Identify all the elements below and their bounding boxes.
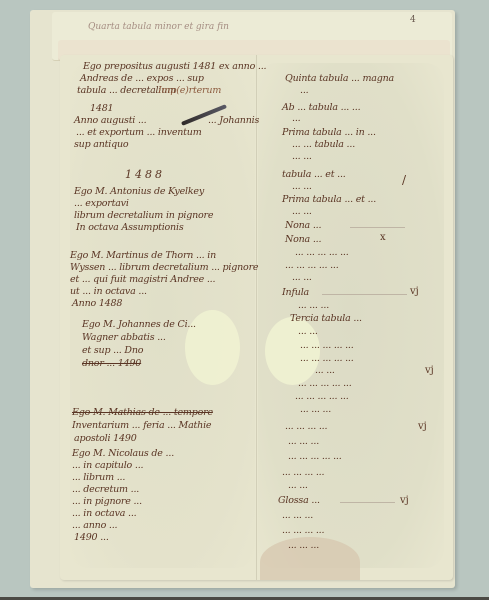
text-line: dnor ... 1490 <box>82 358 141 369</box>
text-line: Anno augusti ... <box>74 115 146 126</box>
text-line: Ab ... tabula ... ... <box>282 102 360 113</box>
text-line: Infula <box>282 287 309 298</box>
text-line: ... ... ... ... ... <box>288 451 342 462</box>
text-line: tabula ... et ... <box>282 169 346 180</box>
text-line: Andreas de ... expos ... sup <box>80 73 204 84</box>
text-line: ... ... ... <box>300 404 331 415</box>
fold-line <box>256 55 257 580</box>
text-line: Ego M. Mathias de ... tempore <box>72 407 213 418</box>
text-line: ... ... ... <box>288 436 319 447</box>
text-line: ... librum ... <box>72 472 125 483</box>
tally-mark: vj <box>418 421 427 432</box>
text-line: ... anno ... <box>72 520 117 531</box>
text-line: Ego prepositus augusti 1481 ex anno ... <box>83 61 266 72</box>
text-line: ... ... <box>292 151 312 162</box>
text-line: ... ... <box>288 480 308 491</box>
text-line: ... ... ... <box>288 540 319 551</box>
text-line: Prima tabula ... et ... <box>282 194 376 205</box>
text-line: ... in octava ... <box>72 508 137 519</box>
text-line: Quinta tabula ... magna <box>285 73 394 84</box>
text-line: Ego M. Antonius de Kyelkey <box>74 186 204 197</box>
text-line: Anno 1488 <box>72 298 122 309</box>
text-line: apostoli 1490 <box>74 433 137 444</box>
text-line: Ego M. Martinus de Thorn ... in <box>70 250 216 261</box>
folio-number: 4 <box>410 15 416 25</box>
text-line: ... ... ... ... ... <box>285 260 339 271</box>
text-line: Prima tabula ... in ... <box>282 127 376 138</box>
text-line: ... ... ... <box>282 510 313 521</box>
text-line: sup antiquo <box>74 139 128 150</box>
text-line: Wyssen ... librum decretalium ... pignor… <box>70 262 258 273</box>
text-line: ... ... ... ... ... <box>300 340 354 351</box>
text-line: Wagner abbatis ... <box>82 332 166 343</box>
ruled-line <box>322 294 407 295</box>
text-line: et ... qui fuit magistri Andree ... <box>70 274 215 285</box>
text-line: ... ... ... ... ... <box>298 378 352 389</box>
text-line: ... ... ... ... <box>282 525 324 536</box>
year-heading: 1488 <box>125 168 165 181</box>
text-line: Ego M. Johannes de Ci... <box>82 319 196 330</box>
text-line: ... in pignore ... <box>72 496 142 507</box>
text-line: ... ... ... ... ... <box>295 247 349 258</box>
text-line: 1490 ... <box>74 532 109 543</box>
text-line: ... exportavi <box>74 198 129 209</box>
tally-mark: vj <box>410 286 419 297</box>
tally-mark: / <box>402 173 406 187</box>
annotation: Imp(e)rterum <box>158 85 221 96</box>
ruled-line <box>350 227 405 228</box>
text-line: Nona ... <box>285 234 321 245</box>
text-line: Nona ... <box>285 220 321 231</box>
text-line: ... ... <box>292 181 312 192</box>
text-line: Glossa ... <box>278 495 320 506</box>
text-line: librum decretalium in pignore <box>74 210 213 221</box>
text-line: Tercia tabula ... <box>290 313 362 324</box>
text-line: ... ... <box>292 206 312 217</box>
text-line: ... ... ... ... <box>285 421 327 432</box>
tally-mark: vj <box>400 495 409 506</box>
tally-mark: vj <box>425 365 434 376</box>
text-line: et sup ... Dno <box>82 345 143 356</box>
text-line: ... ... ... ... ... <box>295 391 349 402</box>
text-line: ... decretum ... <box>72 484 139 495</box>
text-line: ... ... <box>292 272 312 283</box>
text-line: ... ... ... ... <box>282 467 324 478</box>
text-line: 1481 <box>90 103 113 114</box>
text-line: ... ... ... ... ... <box>300 353 354 364</box>
manuscript-folio: Ego prepositus augusti 1481 ex anno ... … <box>60 55 453 580</box>
underlying-folio-header: Quarta tabula minor et gira fin <box>88 22 229 32</box>
text-line: In octava Assumptionis <box>76 222 184 233</box>
text-line: ... Johannis <box>208 115 259 126</box>
text-line: ut ... in octava ... <box>70 286 147 297</box>
text-line: Inventarium ... feria ... Mathie <box>72 420 211 431</box>
text-line: ... in capitulo ... <box>72 460 143 471</box>
text-line: ... <box>292 113 300 124</box>
text-line: ... ... <box>315 365 335 376</box>
text-line: ... <box>300 85 308 96</box>
text-line: ... et exportum ... inventum <box>76 127 202 138</box>
text-line: Ego M. Nicolaus de ... <box>72 448 174 459</box>
tally-mark: x <box>380 232 386 243</box>
ruled-line <box>340 502 395 503</box>
text-line: ... ... <box>298 326 318 337</box>
text-line: ... ... ... <box>298 300 329 311</box>
text-line: ... ... tabula ... <box>292 139 355 150</box>
